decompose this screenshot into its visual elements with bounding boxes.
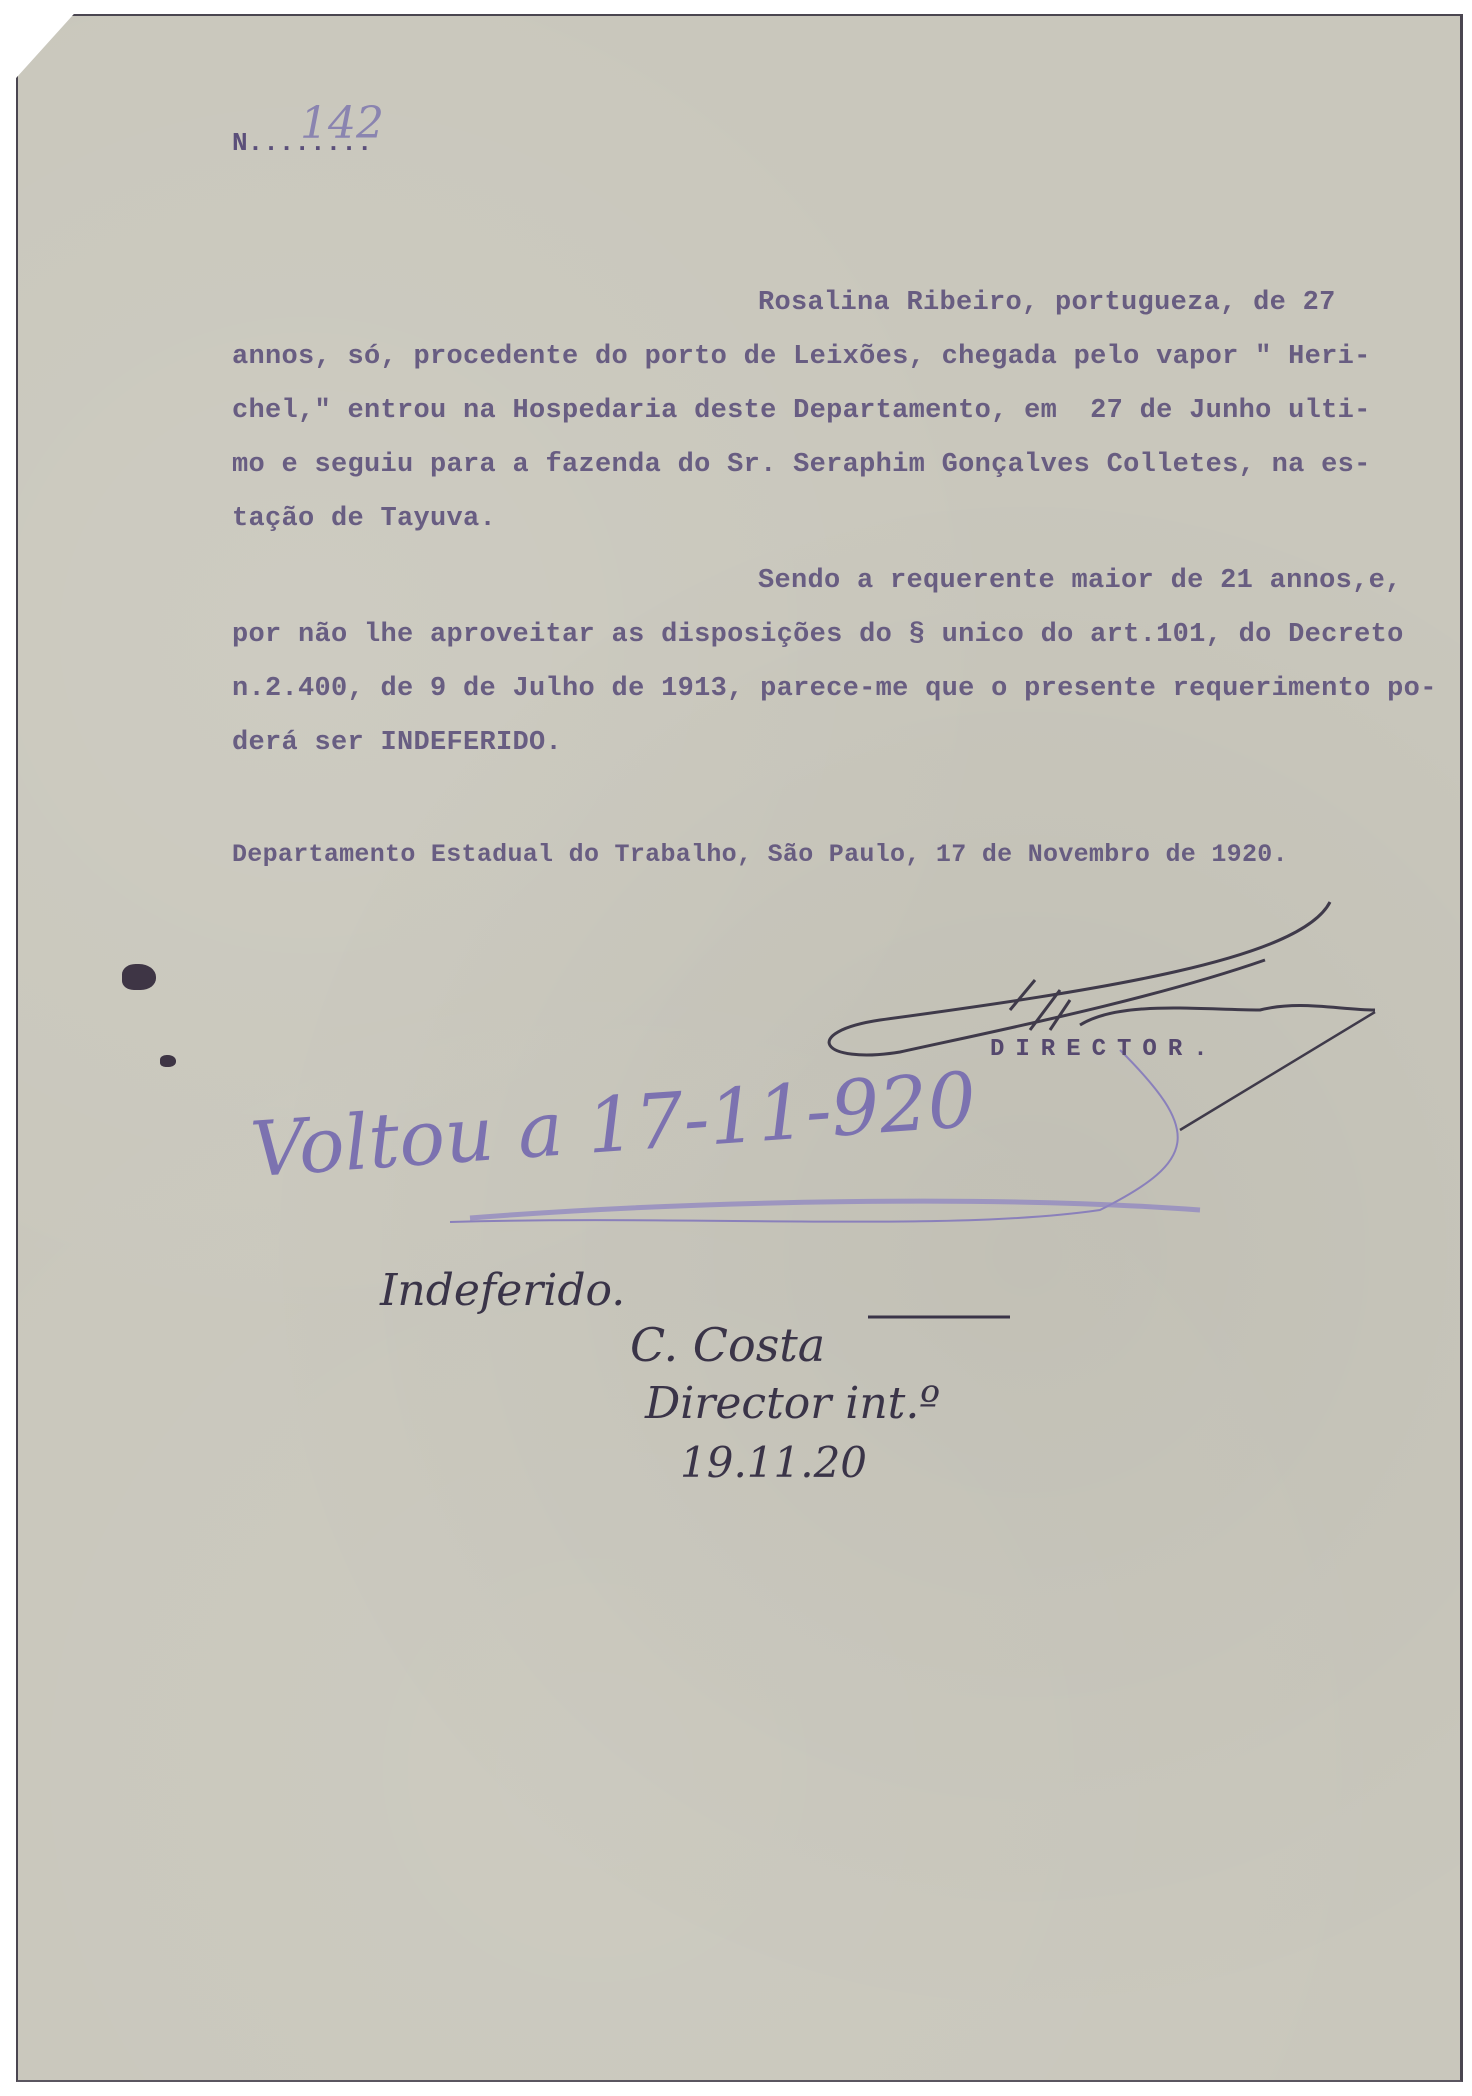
ink-blot — [122, 964, 156, 990]
handwritten-decision: Indeferido. — [380, 1265, 625, 1316]
handwritten-signer-role: Director int.º — [645, 1378, 940, 1429]
signature-title: DIRECTOR. — [990, 1036, 1219, 1063]
ink-blot — [160, 1055, 176, 1067]
handwritten-decision-date: 19.11.20 — [680, 1438, 867, 1487]
director-signature — [0, 0, 1472, 2096]
handwritten-signer: C. Costa — [630, 1318, 825, 1372]
